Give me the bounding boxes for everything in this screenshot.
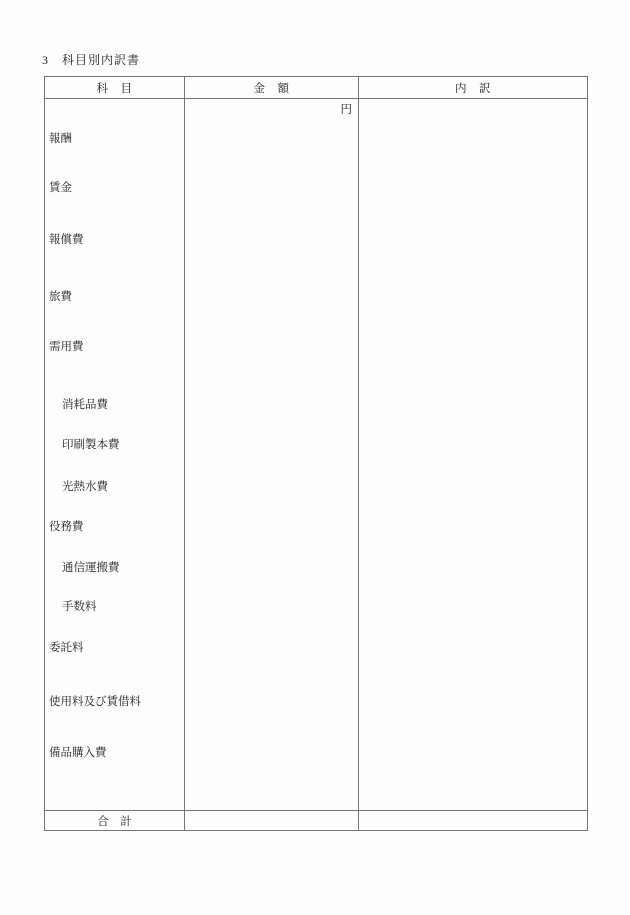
table-row-label: 役務費: [49, 520, 84, 534]
itemized-statement-table: 科 目 金 額 内 訳 報酬 賃金 報償費 旅費 需用費 消耗品費 印刷製本費 …: [44, 76, 588, 831]
document-page: 3 科目別内訳書 科 目 金 額 内 訳 報酬 賃金 報償費 旅費 需用費 消耗…: [0, 0, 630, 915]
breakdown-column-body: [358, 99, 587, 810]
subject-column-body: 報酬 賃金 報償費 旅費 需用費 消耗品費 印刷製本費 光熱水費 役務費 通信運…: [45, 99, 184, 810]
amount-column-body: 円: [184, 99, 358, 810]
column-header-breakdown: 内 訳: [358, 77, 587, 99]
table-row-label: 光熱水費: [62, 480, 108, 494]
column-header-subject: 科 目: [45, 77, 184, 99]
table-row-label: 需用費: [49, 340, 84, 354]
total-breakdown-cell: [358, 810, 587, 830]
total-label-cell: 合 計: [45, 810, 184, 830]
column-header-amount: 金 額: [184, 77, 358, 99]
table-row-label: 報酬: [49, 132, 72, 146]
currency-unit-label: 円: [341, 104, 353, 117]
table-row-label: 報償費: [49, 233, 84, 247]
table-row-label: 消耗品費: [62, 398, 108, 412]
table-row-label: 備品購入費: [49, 746, 107, 760]
page-title: 3 科目別内訳書: [42, 51, 140, 68]
table-row-label: 使用料及び賃借料: [49, 695, 141, 709]
table-row-label: 印刷製本費: [62, 438, 120, 452]
total-label: 合 計: [97, 813, 132, 829]
total-amount-cell: [184, 810, 358, 830]
table-row-label: 通信運搬費: [62, 561, 120, 575]
table-row-label: 賃金: [49, 181, 72, 195]
table-row-label: 旅費: [49, 290, 72, 304]
table-row-label: 委託料: [49, 641, 84, 655]
table-row-label: 手数料: [62, 600, 97, 614]
